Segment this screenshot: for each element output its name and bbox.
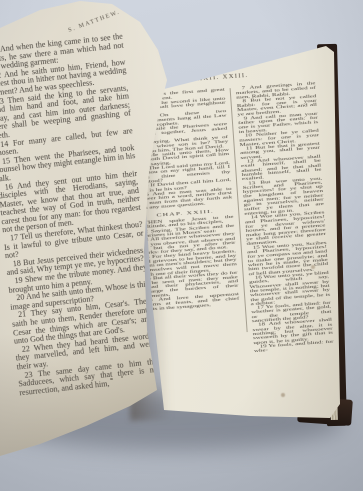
book-photo: CHAP. XXII. XXIII. 38 This is the first … bbox=[0, 0, 363, 491]
foxing-speck bbox=[281, 393, 285, 397]
foxing-speck bbox=[311, 265, 315, 269]
foxing-speck bbox=[110, 378, 113, 380]
foxing-speck bbox=[121, 376, 123, 378]
